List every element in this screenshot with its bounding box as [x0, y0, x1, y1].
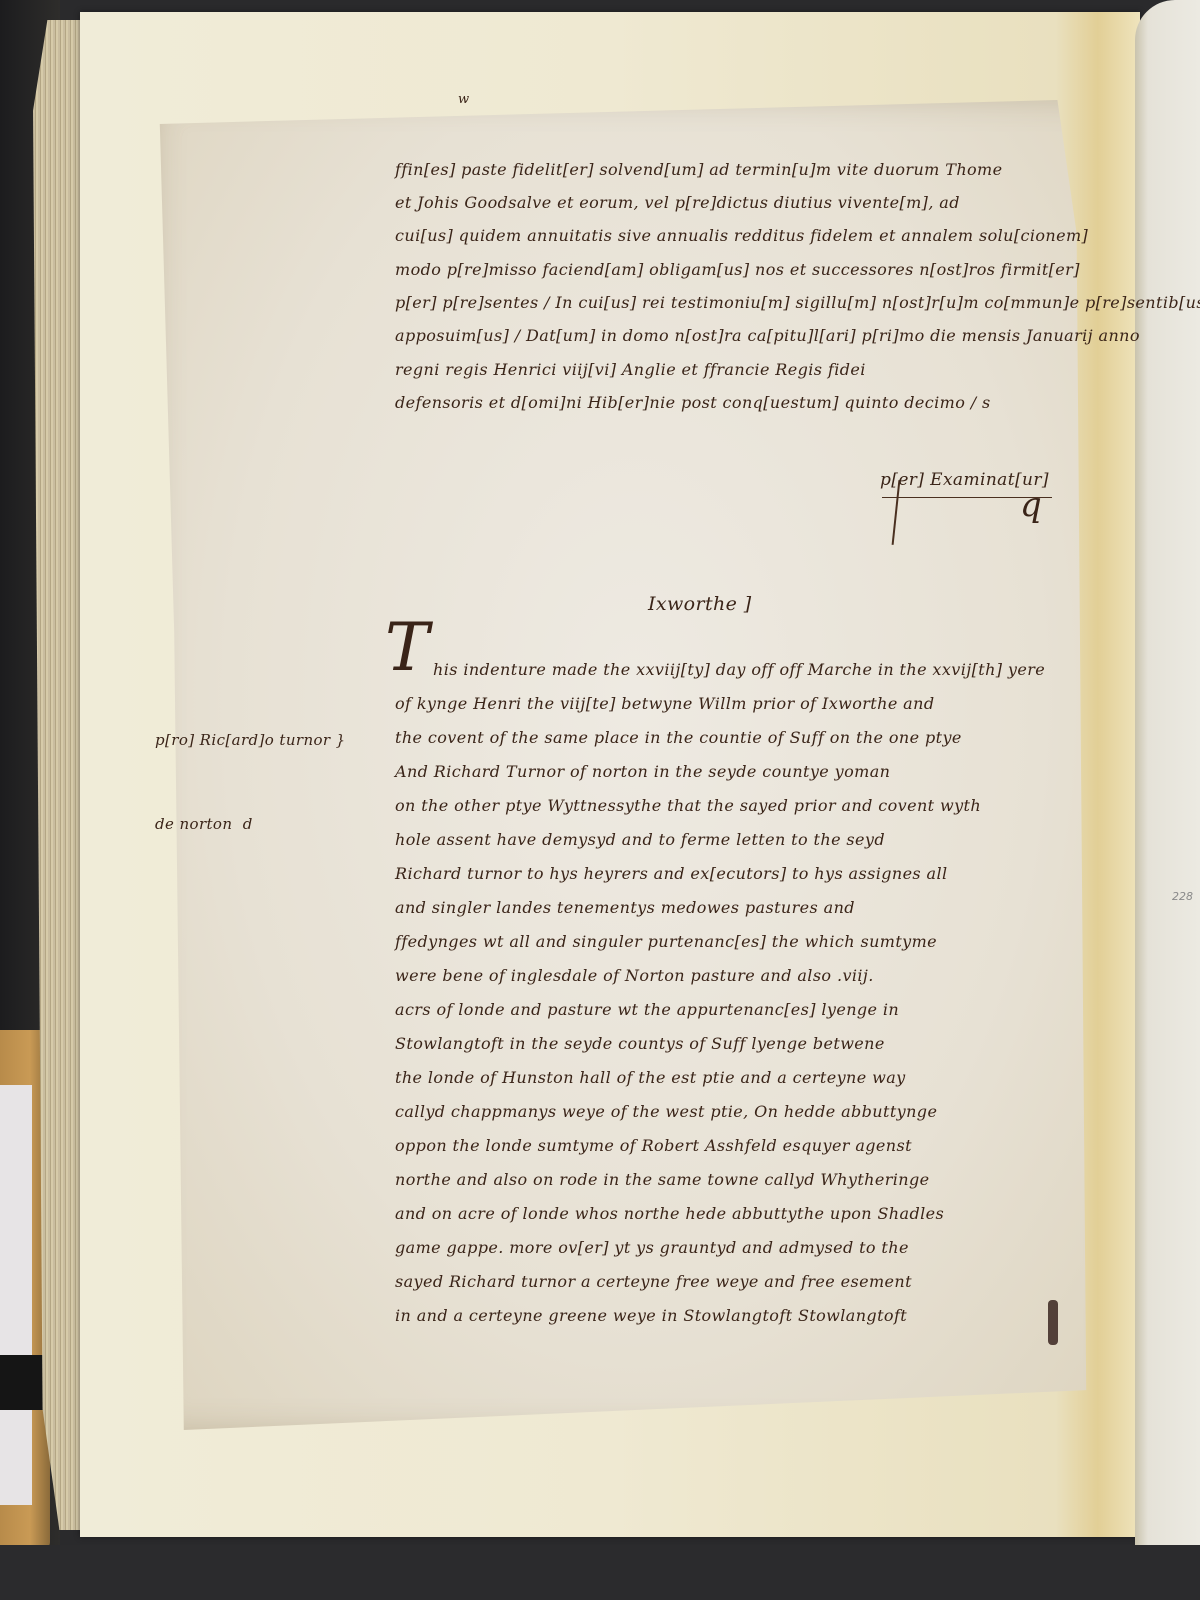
pencil-folio-number: 228 [1172, 890, 1193, 903]
indenture-line: in and a certeyne greene weye in Stowlan… [395, 1306, 907, 1325]
indenture-line: and singler landes tenementys medowes pa… [395, 898, 855, 917]
latin-line: modo p[re]misso faciend[am] obligam[us] … [395, 260, 1080, 279]
margin-note-line: p[ro] Ric[ard]o turnor } [155, 726, 346, 754]
indenture-line: oppon the londe sumtyme of Robert Asshfe… [395, 1136, 912, 1155]
indenture-line: of kynge Henri the viij[te] betwyne Will… [395, 694, 934, 713]
stand-card [0, 1085, 32, 1505]
ink-blot [1048, 1300, 1058, 1345]
section-heading: Ixworthe ] [648, 593, 752, 615]
indenture-line: hole assent have demysyd and to ferme le… [395, 830, 885, 849]
indenture-line: were bene of inglesdale of Norton pastur… [395, 966, 874, 985]
margin-note: p[ro] Ric[ard]o turnor } de norton d [155, 670, 346, 866]
scribe-initials: q [1020, 485, 1042, 525]
indenture-line: northe and also on rode in the same town… [395, 1170, 930, 1189]
indenture-line: sayed Richard turnor a certeyne free wey… [395, 1272, 912, 1291]
indenture-line: and on acre of londe whos northe hede ab… [395, 1204, 944, 1223]
indenture-line: the londe of Hunston hall of the est pti… [395, 1068, 906, 1087]
latin-line: regni regis Henrici viij[vi] Anglie et f… [395, 360, 866, 379]
latin-line: defensoris et d[omi]ni Hib[er]nie post c… [395, 393, 991, 412]
indenture-line: game gappe. more ov[er] yt ys grauntyd a… [395, 1238, 909, 1257]
indenture-text: his indenture made the xxviij[ty] day of… [395, 650, 1130, 1290]
indenture-line: on the other ptye Wyttnessythe that the … [395, 796, 981, 815]
indenture-line: And Richard Turnor of norton in the seyd… [395, 762, 890, 781]
latin-line: cui[us] quidem annuitatis sive annualis … [395, 226, 1088, 245]
latin-clause: ffin[es] paste fidelit[er] solvend[um] a… [395, 160, 1125, 420]
indenture-line: acrs of londe and pasture wt the appurte… [395, 1000, 899, 1019]
facing-page [1135, 0, 1200, 1545]
indenture-line: Stowlangtoft in the seyde countys of Suf… [395, 1034, 885, 1053]
indenture-line: Richard turnor to hys heyrers and ex[ecu… [395, 864, 948, 883]
indenture-line: callyd chappmanys weye of the west ptie,… [395, 1102, 937, 1121]
indenture-line: his indenture made the xxviij[ty] day of… [433, 660, 1045, 679]
margin-note-line: de norton d [155, 810, 346, 838]
scanner-background-bottom [0, 1545, 1200, 1600]
indenture-line: the covent of the same place in the coun… [395, 728, 962, 747]
latin-line: p[er] p[re]sentes / In cui[us] rei testi… [395, 293, 1200, 312]
indenture-line: ffedynges wt all and singuler purtenanc[… [395, 932, 937, 951]
latin-line: ffin[es] paste fidelit[er] solvend[um] a… [395, 160, 1003, 179]
top-mark: w [458, 92, 470, 107]
latin-line: apposuim[us] / Dat[um] in domo n[ost]ra … [395, 326, 1140, 345]
latin-line: et Johis Goodsalve et eorum, vel p[re]di… [395, 193, 960, 212]
